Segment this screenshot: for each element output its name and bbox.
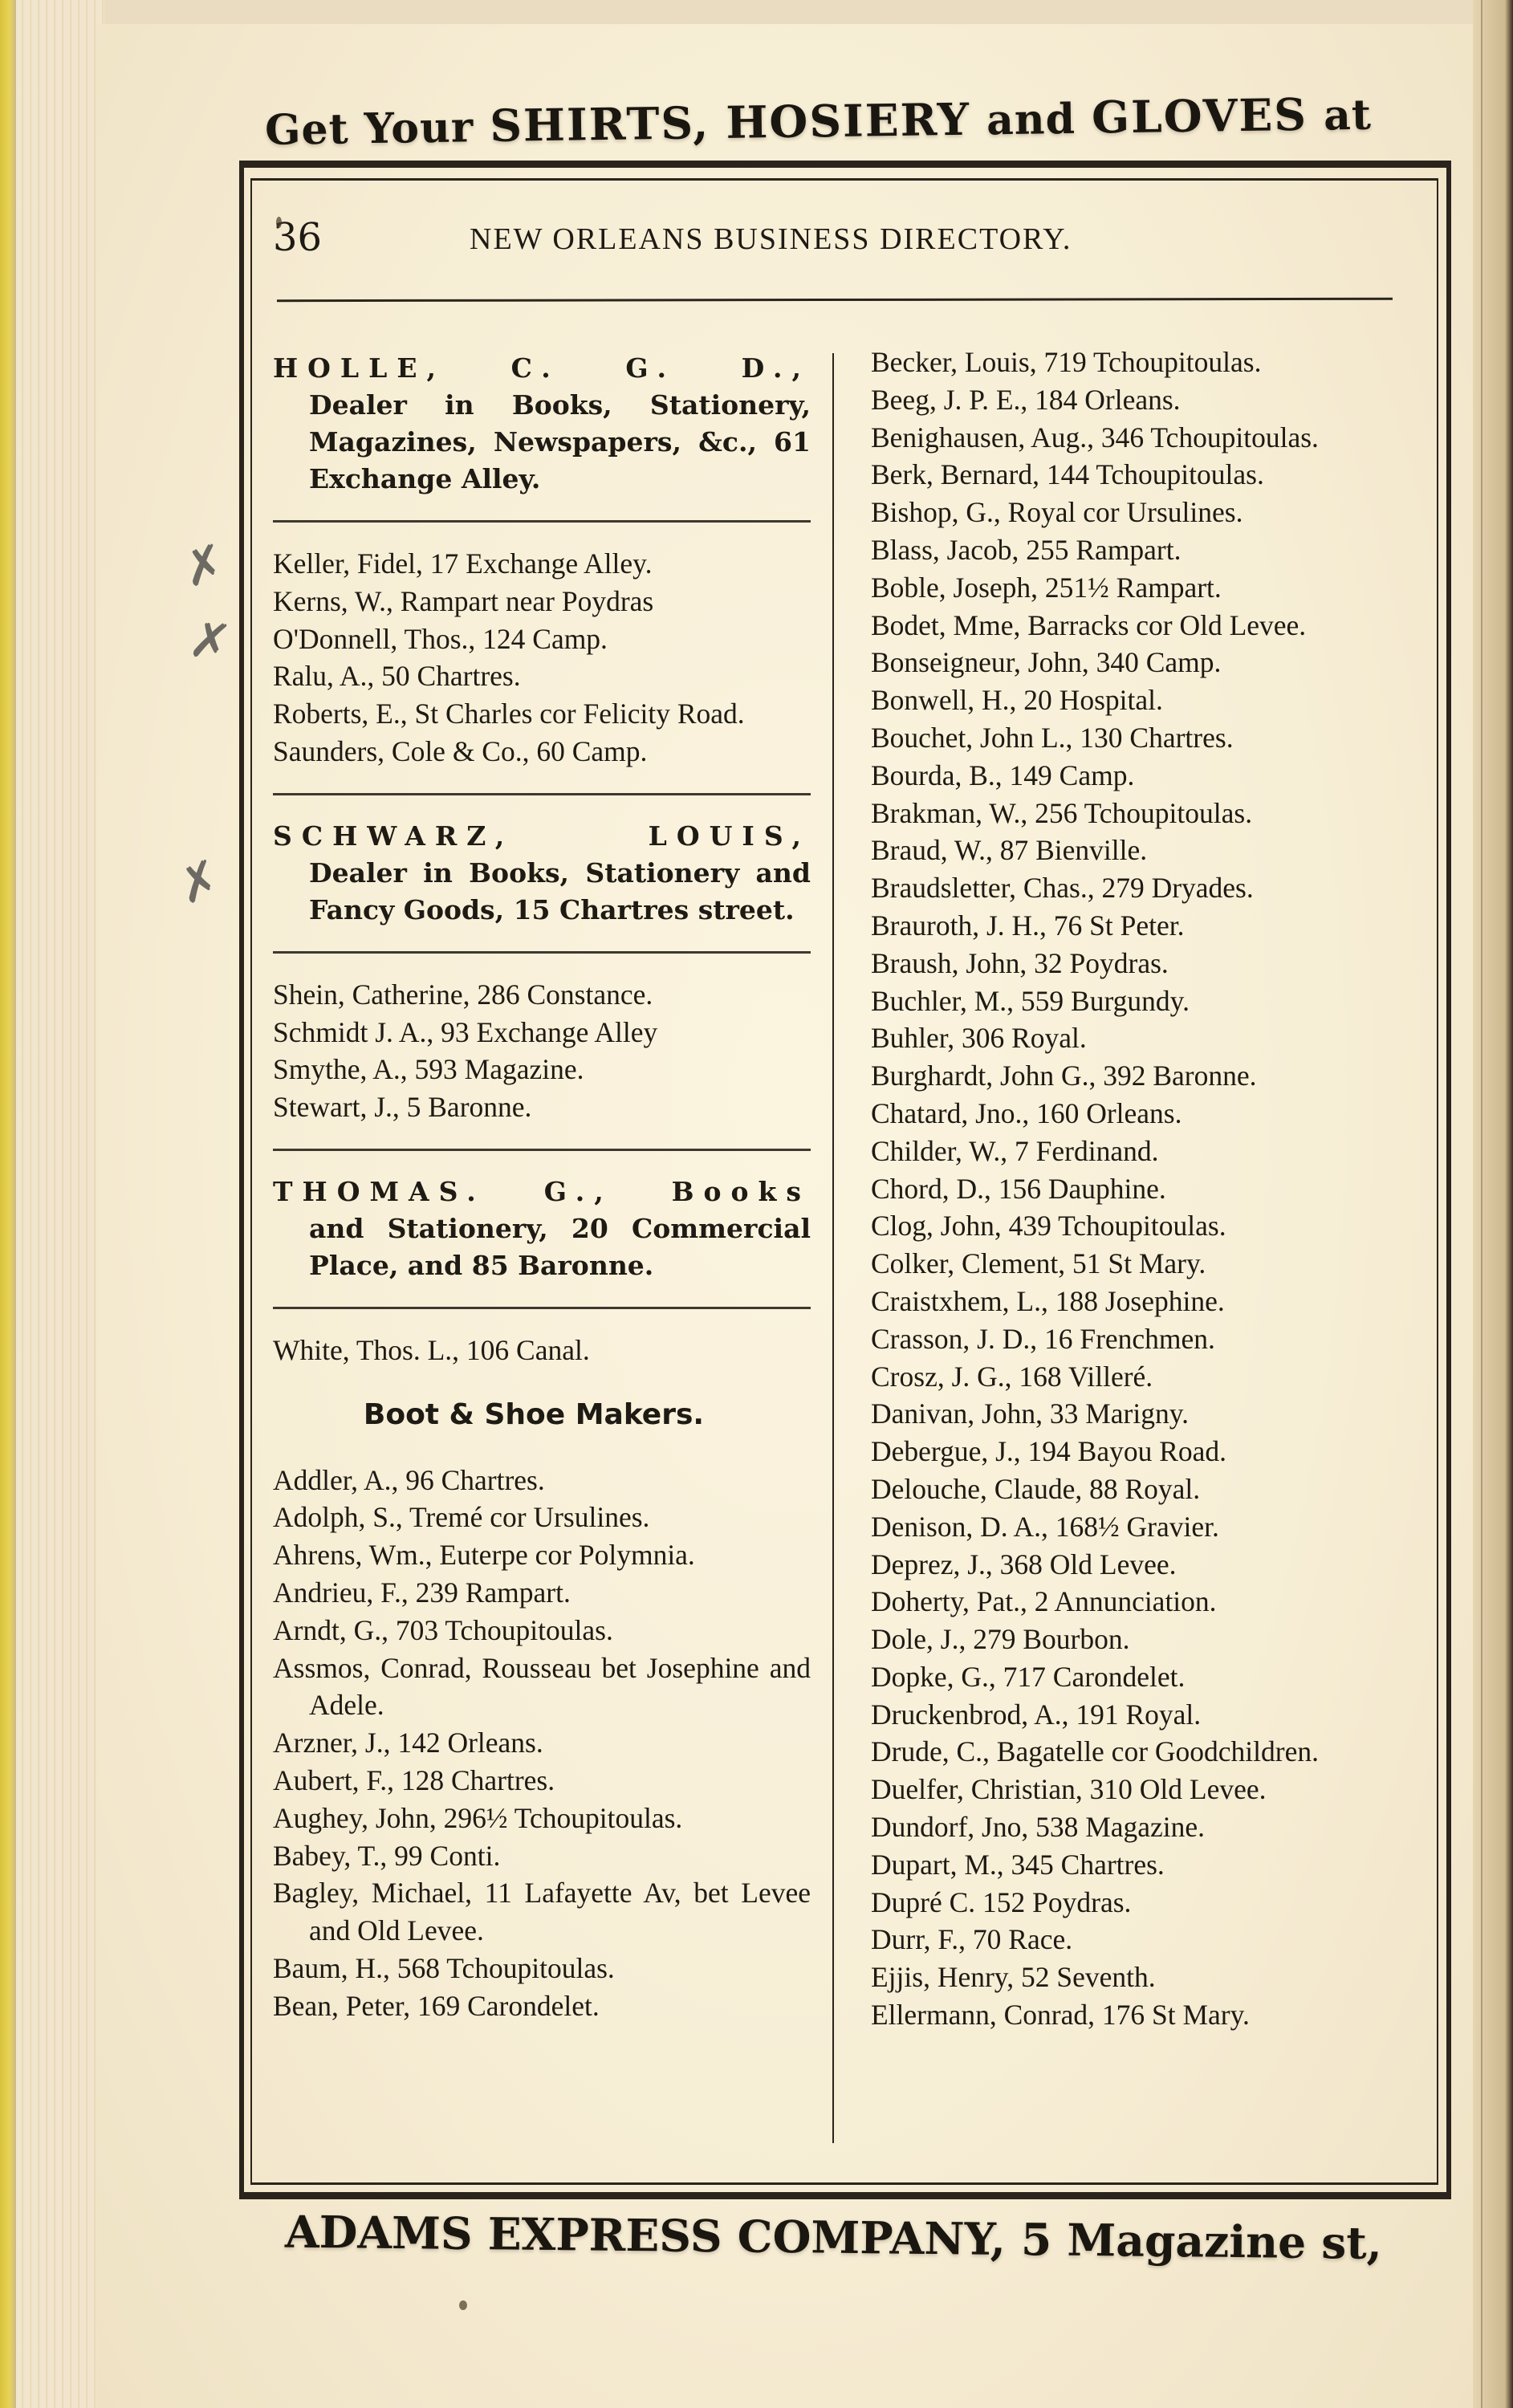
ad-gloves: GLOVES	[1092, 88, 1308, 144]
list-item: Bean, Peter, 169 Carondelet.	[273, 1987, 811, 2025]
left-column: HOLLE, C. G. D., Dealer in Books, Statio…	[273, 344, 811, 2025]
list-item: Ralu, A., 50 Chartres.	[273, 657, 811, 695]
list-item: Baum, H., 568 Tchoupitoulas.	[273, 1950, 811, 1987]
listing-group-3: White, Thos. L., 106 Canal.	[273, 1332, 811, 1369]
list-item: White, Thos. L., 106 Canal.	[273, 1332, 811, 1369]
list-item: Assmos, Conrad, Rousseau bet Josephine a…	[273, 1649, 811, 1725]
paper-spot	[276, 217, 282, 228]
list-item: Buchler, M., 559 Burgundy.	[871, 982, 1425, 1020]
ad-suffix: at	[1324, 91, 1373, 140]
list-item: Denison, D. A., 168½ Gravier.	[871, 1508, 1425, 1546]
footer-company: ADAMS EXPRESS COMPANY,	[285, 2206, 1007, 2265]
list-item: Blass, Jacob, 255 Rampart.	[871, 531, 1425, 569]
page-stack-edge	[16, 0, 104, 2408]
ad-prefix: Get Your	[265, 103, 474, 155]
list-item: Ahrens, Wm., Euterpe cor Polymnia.	[273, 1536, 811, 1574]
paper-spot	[459, 2300, 467, 2310]
list-item: Ellermann, Conrad, 176 St Mary.	[871, 1996, 1425, 2034]
list-item: Dupart, M., 345 Chartres.	[871, 1846, 1425, 1884]
list-item: Brauroth, J. H., 76 St Peter.	[871, 907, 1425, 945]
list-item: Saunders, Cole & Co., 60 Camp.	[273, 733, 811, 771]
page-title: NEW ORLEANS BUSINESS DIRECTORY.	[470, 222, 1072, 257]
feature-description: and Stationery, 20 Commercial Place, and…	[309, 1210, 811, 1284]
list-item: Schmidt J. A., 93 Exchange Alley	[273, 1014, 811, 1051]
list-item: Chatard, Jno., 160 Orleans.	[871, 1095, 1425, 1133]
list-item: Bonseigneur, John, 340 Camp.	[871, 644, 1425, 681]
footer-address: 5 Magazine st,	[1021, 2213, 1382, 2269]
list-item: Craistxhem, L., 188 Josephine.	[871, 1283, 1425, 1320]
list-item: Bouchet, John L., 130 Chartres.	[871, 719, 1425, 757]
list-item: Crosz, J. G., 168 Villeré.	[871, 1358, 1425, 1396]
book-spine	[0, 0, 16, 2408]
list-item: Stewart, J., 5 Baronne.	[273, 1088, 811, 1126]
list-item: Buhler, 306 Royal.	[871, 1019, 1425, 1057]
section-rule	[273, 793, 811, 795]
feature-listing-schwarz: SCHWARZ, LOUIS, Dealer in Books, Station…	[273, 818, 811, 929]
section-rule	[273, 951, 811, 954]
list-item: Bourda, B., 149 Camp.	[871, 757, 1425, 795]
section-rule	[273, 520, 811, 523]
list-item: Becker, Louis, 719 Tchoupitoulas.	[871, 344, 1425, 381]
section-rule	[273, 1149, 811, 1151]
feature-description: Dealer in Books, Stationery and Fancy Go…	[309, 855, 811, 929]
list-item: Adolph, S., Tremé cor Ursulines.	[273, 1499, 811, 1536]
list-item: Boble, Joseph, 251½ Rampart.	[871, 569, 1425, 607]
list-item: Childer, W., 7 Ferdinand.	[871, 1133, 1425, 1170]
list-item: Bonwell, H., 20 Hospital.	[871, 681, 1425, 719]
list-item: Duelfer, Christian, 310 Old Levee.	[871, 1771, 1425, 1808]
list-item: Chord, D., 156 Dauphine.	[871, 1170, 1425, 1208]
list-item: Bodet, Mme, Barracks cor Old Levee.	[871, 607, 1425, 645]
listing-group-2: Shein, Catherine, 286 Constance. Schmidt…	[273, 976, 811, 1126]
list-item: Dole, J., 279 Bourbon.	[871, 1621, 1425, 1658]
list-item: Beeg, J. P. E., 184 Orleans.	[871, 381, 1425, 419]
list-item: Danivan, John, 33 Marigny.	[871, 1395, 1425, 1433]
list-item: Benighausen, Aug., 346 Tchoupitoulas.	[871, 419, 1425, 457]
list-item: Aughey, John, 296½ Tchoupitoulas.	[273, 1800, 811, 1837]
listing-group-1: Keller, Fidel, 17 Exchange Alley. Kerns,…	[273, 545, 811, 771]
list-item: Braush, John, 32 Poydras.	[871, 945, 1425, 982]
list-item: Andrieu, F., 239 Rampart.	[273, 1574, 811, 1612]
ad-joiner: and	[986, 95, 1076, 145]
list-item: Aubert, F., 128 Chartres.	[273, 1762, 811, 1800]
list-item: Deprez, J., 368 Old Levee.	[871, 1546, 1425, 1584]
list-item: Clog, John, 439 Tchoupitoulas.	[871, 1207, 1425, 1245]
feature-listing-thomas: THOMAS. G., Books and Stationery, 20 Com…	[273, 1173, 811, 1284]
feature-listing-holle: HOLLE, C. G. D., Dealer in Books, Statio…	[273, 350, 811, 498]
list-item: Drude, C., Bagatelle cor Goodchildren.	[871, 1733, 1425, 1771]
list-item: Babey, T., 99 Conti.	[273, 1837, 811, 1875]
feature-description: Dealer in Books, Stationery, Magazines, …	[309, 387, 811, 498]
listing-group-4: Addler, A., 96 Chartres. Adolph, S., Tre…	[273, 1462, 811, 2025]
list-item: Arzner, J., 142 Orleans.	[273, 1724, 811, 1762]
list-item: Roberts, E., St Charles cor Felicity Roa…	[273, 695, 811, 733]
page-header: 36 NEW ORLEANS BUSINESS DIRECTORY.	[273, 215, 1397, 271]
list-item: Addler, A., 96 Chartres.	[273, 1462, 811, 1499]
list-item: Crasson, J. D., 16 Frenchmen.	[871, 1320, 1425, 1358]
right-column: Becker, Louis, 719 Tchoupitoulas. Beeg, …	[871, 344, 1425, 2034]
list-item: Braud, W., 87 Bienville.	[871, 832, 1425, 869]
list-item: Smythe, A., 593 Magazine.	[273, 1051, 811, 1088]
feature-firm-name: SCHWARZ, LOUIS,	[273, 818, 811, 855]
list-item: Bagley, Michael, 11 Lafayette Av, bet Le…	[273, 1874, 811, 1950]
list-item: Dundorf, Jno, 538 Magazine.	[871, 1808, 1425, 1846]
list-item: Dupré C. 152 Poydras.	[871, 1884, 1425, 1922]
list-item: Shein, Catherine, 286 Constance.	[273, 976, 811, 1014]
list-item: Doherty, Pat., 2 Annunciation.	[871, 1583, 1425, 1621]
ad-shirts: SHIRTS,	[490, 96, 710, 152]
list-item: Druckenbrod, A., 191 Royal.	[871, 1696, 1425, 1734]
section-rule	[273, 1307, 811, 1309]
list-item: Keller, Fidel, 17 Exchange Alley.	[273, 545, 811, 583]
list-item: Dopke, G., 717 Carondelet.	[871, 1658, 1425, 1696]
list-item: O'Donnell, Thos., 124 Camp.	[273, 620, 811, 658]
list-item: Berk, Bernard, 144 Tchoupitoulas.	[871, 456, 1425, 494]
feature-firm-name: THOMAS. G., Books	[273, 1173, 811, 1210]
list-item: Bishop, G., Royal cor Ursulines.	[871, 494, 1425, 531]
list-item: Colker, Clement, 51 St Mary.	[871, 1245, 1425, 1283]
list-item: Ejjis, Henry, 52 Seventh.	[871, 1959, 1425, 1996]
column-divider	[832, 353, 834, 2143]
book-gutter	[1473, 0, 1513, 2408]
list-item: Kerns, W., Rampart near Poydras	[273, 583, 811, 620]
list-item: Burghardt, John G., 392 Baronne.	[871, 1057, 1425, 1095]
list-item: Durr, F., 70 Race.	[871, 1921, 1425, 1959]
list-item: Brakman, W., 256 Tchoupitoulas.	[871, 795, 1425, 832]
section-heading-boot-shoe-makers: Boot & Shoe Makers.	[273, 1397, 811, 1434]
list-item: Debergue, J., 194 Bayou Road.	[871, 1433, 1425, 1470]
list-item: Braudsletter, Chas., 279 Dryades.	[871, 869, 1425, 907]
pencil-x-mark-icon: ✗	[185, 609, 235, 673]
list-item: Delouche, Claude, 88 Royal.	[871, 1470, 1425, 1508]
list-item: Arndt, G., 703 Tchoupitoulas.	[273, 1612, 811, 1649]
feature-firm-name: HOLLE, C. G. D.,	[273, 350, 811, 387]
ad-hosiery: HOSIERY	[726, 93, 970, 148]
